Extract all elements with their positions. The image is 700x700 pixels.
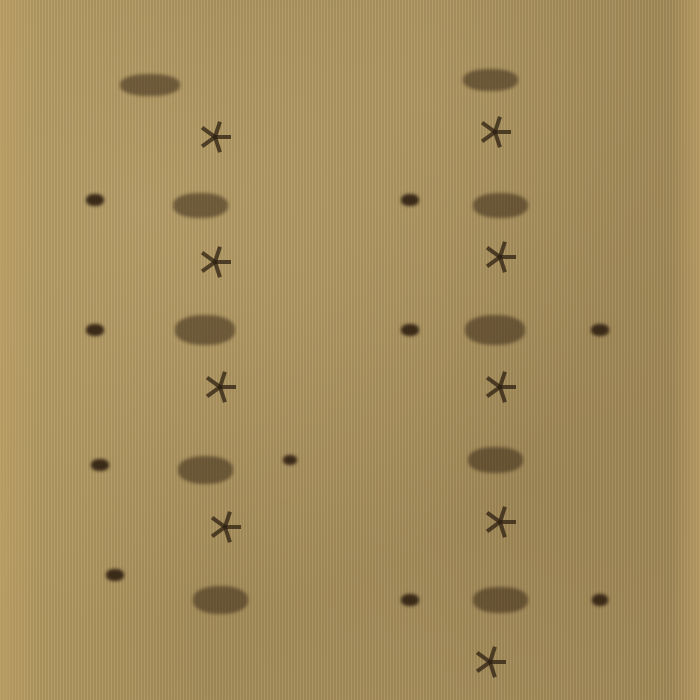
floral-motif: [473, 193, 528, 218]
floral-motif: [473, 587, 528, 613]
floral-motif: [401, 324, 419, 336]
rug-right-edge: [670, 0, 700, 700]
floral-motif: [592, 594, 608, 606]
floral-motif: [86, 324, 104, 336]
floral-motif: [283, 455, 297, 465]
floral-motif: [193, 586, 248, 614]
floral-motif: [91, 459, 109, 471]
floral-motif: [120, 74, 180, 96]
floral-motif: [591, 324, 609, 336]
floral-motif: [173, 193, 228, 218]
rug-image: [0, 0, 700, 700]
floral-motif: [86, 194, 104, 206]
rug-left-edge: [0, 0, 40, 700]
floral-motif: [106, 569, 124, 581]
floral-motif: [401, 594, 419, 606]
floral-motif: [175, 315, 235, 345]
floral-motif: [463, 69, 518, 91]
floral-motif: [178, 456, 233, 484]
floral-motif: [468, 447, 523, 473]
floral-motif: [465, 315, 525, 345]
floral-motif: [401, 194, 419, 206]
